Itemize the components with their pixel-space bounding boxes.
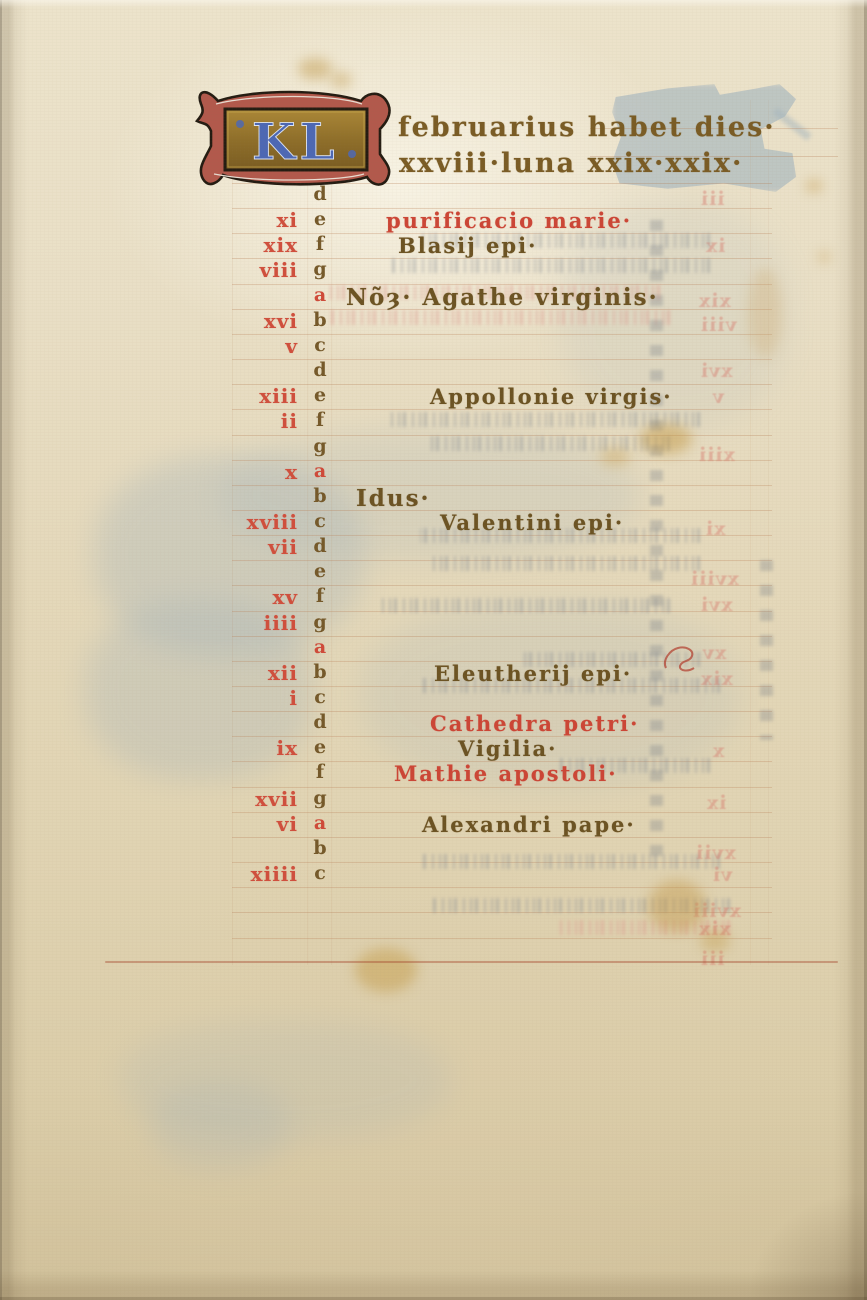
feast-entry: Alexandri pape· <box>422 812 636 837</box>
calendar-row: viaAlexandri pape· <box>230 812 790 838</box>
calendar-row: xiiiic <box>230 862 790 888</box>
feast-entry: Appollonie virgis· <box>430 384 673 409</box>
dominical-letter: f <box>308 761 332 783</box>
dominical-letter: b <box>308 485 332 507</box>
calendar-row: iiiig <box>230 611 790 637</box>
dominical-letter: e <box>308 384 332 406</box>
dominical-letter: f <box>308 409 332 431</box>
golden-number: viii <box>230 258 298 282</box>
golden-number: xiiii <box>230 862 298 886</box>
calendar-row: vc <box>230 334 790 360</box>
bottom-bounding-line <box>105 961 838 963</box>
calendar-row: dCathedra petri· <box>230 711 790 737</box>
golden-number: xvii <box>230 787 298 811</box>
golden-number: xv <box>230 585 298 609</box>
calendar-row: b <box>230 837 790 863</box>
page-edge-left <box>0 0 28 1300</box>
feast-entry: Cathedra petri· <box>430 711 639 736</box>
golden-number: vi <box>230 812 298 836</box>
calendar-row: xvib <box>230 309 790 335</box>
page-corner-curl <box>747 1190 867 1300</box>
manuscript-page: iiiixxixviiixvivxiiixixviiixvixvxixxixxv… <box>0 0 867 1300</box>
showthrough-text-line <box>430 898 730 913</box>
calendar-row: ixeVigilia· <box>230 736 790 762</box>
golden-number: xvi <box>230 309 298 333</box>
showthrough-golden-number: iii <box>700 948 725 970</box>
feast-entry: Vigilia· <box>458 736 557 761</box>
calendar-row: e <box>230 560 790 586</box>
calendar-row: xixfBlasij epi· <box>230 233 790 259</box>
calendar-row: viiig <box>230 258 790 284</box>
dominical-letter: b <box>308 661 332 683</box>
calendar-row: xvf <box>230 585 790 611</box>
golden-number: iiii <box>230 611 298 635</box>
ruled-line-horizontal <box>232 938 772 939</box>
feast-entry: Blasij epi· <box>398 233 537 258</box>
dominical-letter: a <box>308 636 332 658</box>
header-line1: februarius habet dies· <box>398 112 776 143</box>
dominical-letter: f <box>308 585 332 607</box>
golden-number: xix <box>230 233 298 257</box>
dominical-letter: g <box>308 787 332 809</box>
dominical-letter: d <box>308 359 332 381</box>
golden-number: x <box>230 460 298 484</box>
ruled-line-horizontal <box>232 912 772 913</box>
showthrough-wash <box>120 1020 450 1140</box>
golden-number: i <box>230 686 298 710</box>
dominical-letter: f <box>308 233 332 255</box>
calendar-row: fMathie apostoli· <box>230 761 790 787</box>
feast-entry: Valentini epi· <box>440 510 624 535</box>
feast-entry: Nõȝ· Agathe virginis· <box>346 284 659 311</box>
parchment-stain <box>818 252 830 262</box>
header-line2: xxviii·luna xxix·xxix· <box>399 148 743 179</box>
dominical-letter: e <box>308 208 332 230</box>
calendar-row: xviig <box>230 787 790 813</box>
dominical-letter: e <box>308 560 332 582</box>
dominical-letter: b <box>308 309 332 331</box>
dominical-letter: g <box>308 611 332 633</box>
dominical-letter: a <box>308 812 332 834</box>
golden-number: xii <box>230 661 298 685</box>
dominical-letter: c <box>308 862 332 884</box>
red-ink-scribble <box>660 642 702 676</box>
dominical-letter: c <box>308 510 332 532</box>
dominical-letter: a <box>308 460 332 482</box>
dominical-letter: g <box>308 258 332 280</box>
golden-number: xiii <box>230 384 298 408</box>
page-edge-bottom <box>0 1270 867 1300</box>
dominical-letter: a <box>308 284 332 306</box>
calendar-row: a <box>230 636 790 662</box>
calendar-row: g <box>230 435 790 461</box>
kl-letters: KL <box>252 112 339 171</box>
calendar-row: xiibEleutherij epi· <box>230 661 790 687</box>
golden-number: v <box>230 334 298 358</box>
golden-number: ix <box>230 736 298 760</box>
kl-panel-showthrough-spike <box>772 107 812 140</box>
calendar-row: xiiieAppollonie virgis· <box>230 384 790 410</box>
parchment-stain <box>298 58 332 80</box>
calendar-row: bIdus· <box>230 485 790 511</box>
calendar-row: d <box>230 359 790 385</box>
calendar-row: xa <box>230 460 790 486</box>
golden-number: vii <box>230 535 298 559</box>
page-edge-right <box>833 0 867 1300</box>
feast-entry: Eleutherij epi· <box>434 661 632 686</box>
calendar-row: iif <box>230 409 790 435</box>
dominical-letter: b <box>308 837 332 859</box>
dominical-letter: d <box>308 183 332 205</box>
golden-number: ii <box>230 409 298 433</box>
calendar-row: ic <box>230 686 790 712</box>
dominical-letter: g <box>308 435 332 457</box>
feast-entry: Mathie apostoli· <box>394 761 618 786</box>
parchment-stain <box>355 948 417 992</box>
dominical-letter: e <box>308 736 332 758</box>
showthrough-golden-number: xix <box>698 918 731 940</box>
calendar-row: xiepurificacio marie· <box>230 208 790 234</box>
calendar-row: viid <box>230 535 790 561</box>
parchment-stain <box>806 180 822 192</box>
calendar-row: d <box>230 183 790 209</box>
showthrough-wash <box>150 1080 290 1170</box>
feast-entry: purificacio marie· <box>386 208 632 233</box>
dominical-letter: c <box>308 334 332 356</box>
golden-number: xviii <box>230 510 298 534</box>
dominical-letter: c <box>308 686 332 708</box>
golden-number: xi <box>230 208 298 232</box>
dominical-letter: d <box>308 711 332 733</box>
dominical-letter: d <box>308 535 332 557</box>
kl-initial-panel: KL <box>194 84 398 198</box>
feast-entry: Idus· <box>356 485 431 512</box>
page-edge-top <box>0 0 867 8</box>
calendar-row: aNõȝ· Agathe virginis· <box>230 284 790 310</box>
calendar-row: xviiicValentini epi· <box>230 510 790 536</box>
